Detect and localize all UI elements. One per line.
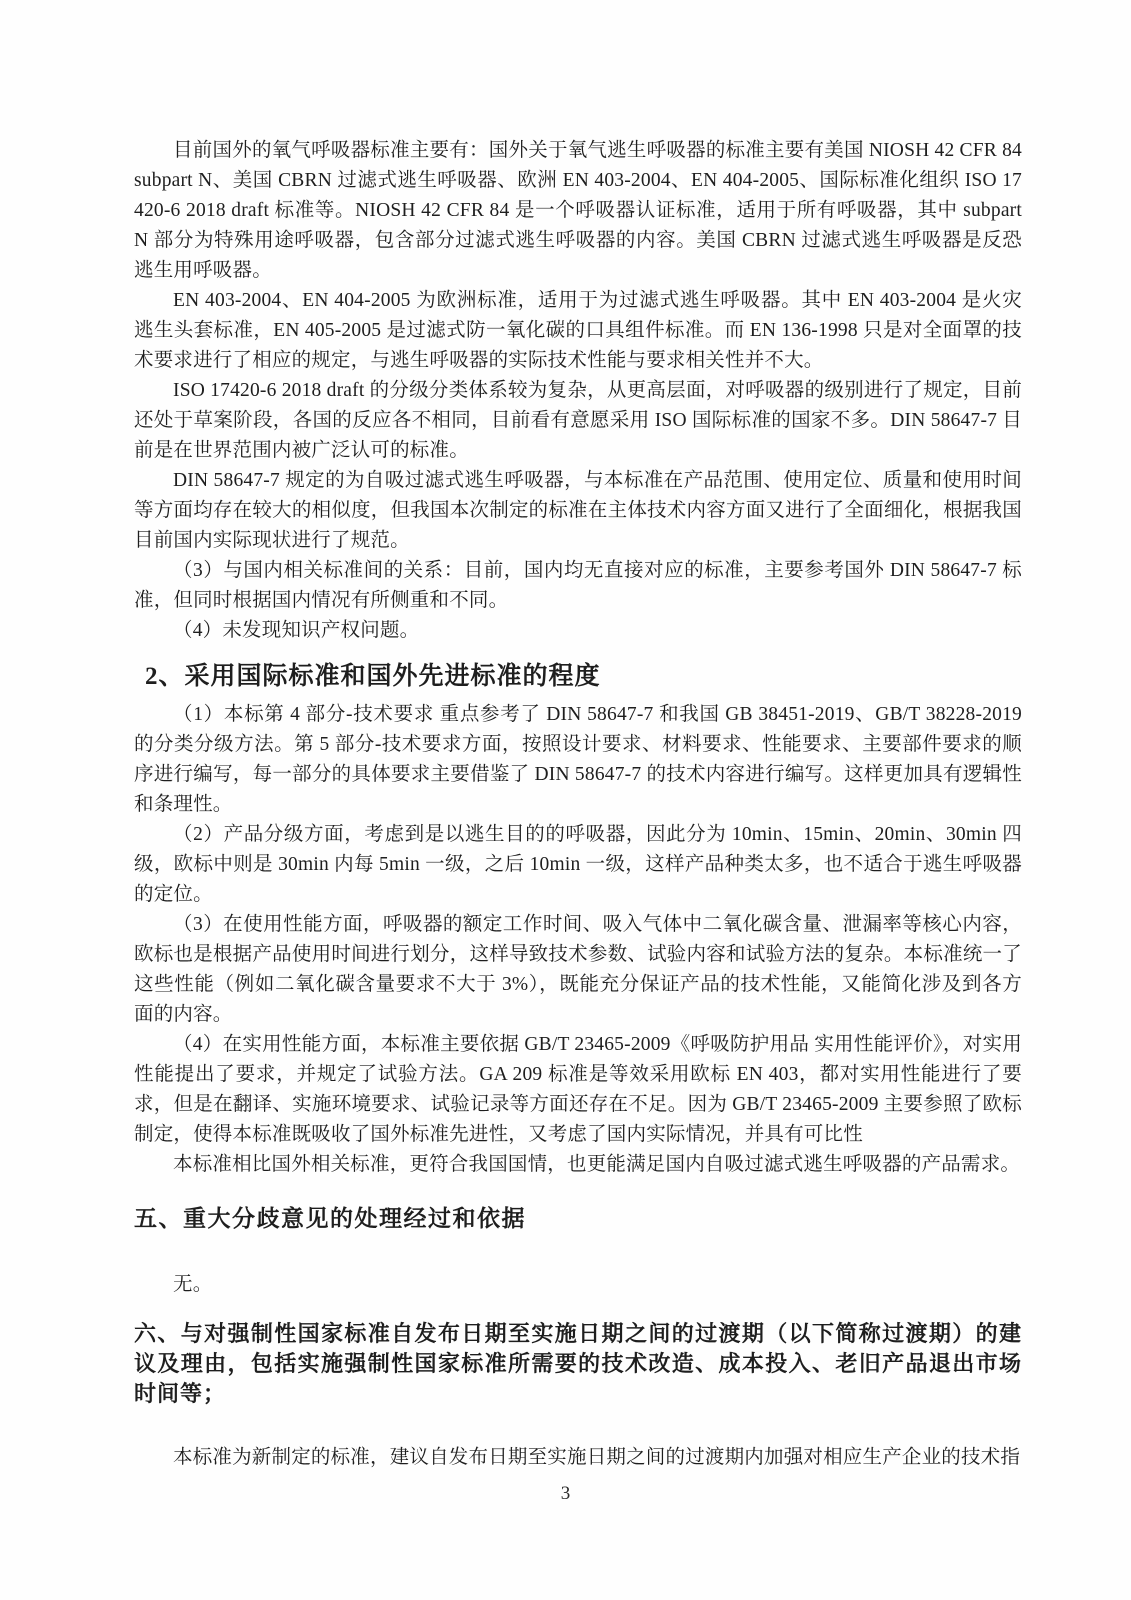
para-iso-draft: ISO 17420-6 2018 draft 的分级分类体系较为复杂，从更高层面… [134,376,1022,466]
para-domestic-standards-relation: （3）与国内相关标准间的关系：目前，国内均无直接对应的标准，主要参考国外 DIN… [134,556,1022,616]
heading-section-five-disputes: 五、重大分歧意见的处理经过和依据 [134,1200,1022,1236]
para-adoption-classification: （1）本标第 4 部分-技术要求 重点参考了 DIN 58647-7 和我国 G… [134,700,1022,820]
heading-section-six-transition-period: 六、与对强制性国家标准自发布日期至实施日期之间的过渡期（以下简称过渡期）的建议及… [134,1319,1022,1409]
para-adoption-practical: （4）在实用性能方面，本标准主要依据 GB/T 23465-2009《呼吸防护用… [134,1030,1022,1150]
para-comparison-conclusion: 本标准相比国外相关标准，更符合我国国情，也更能满足国内自吸过滤式逃生呼吸器的产品… [134,1150,1022,1180]
para-foreign-standards-overview: 目前国外的氧气呼吸器标准主要有：国外关于氧气逃生呼吸器的标准主要有美国 NIOS… [134,136,1022,286]
heading-international-standards-adoption: 2、采用国际标准和国外先进标准的程度 [134,654,1022,700]
para-european-standards: EN 403-2004、EN 404-2005 为欧洲标准，适用于为过滤式逃生呼… [134,286,1022,376]
page-number: 3 [0,1482,1131,1506]
document-page: 目前国外的氧气呼吸器标准主要有：国外关于氧气逃生呼吸器的标准主要有美国 NIOS… [0,0,1131,1600]
para-adoption-grading: （2）产品分级方面，考虑到是以逃生目的的呼吸器，因此分为 10min、15min… [134,820,1022,910]
para-transition-recommendation: 本标准为新制定的标准，建议自发布日期至实施日期之间的过渡期内加强对相应生产企业的… [134,1443,1022,1473]
document-content: 目前国外的氧气呼吸器标准主要有：国外关于氧气逃生呼吸器的标准主要有美国 NIOS… [134,136,1022,1473]
para-adoption-performance: （3）在使用性能方面，呼吸器的额定工作时间、吸入气体中二氧化碳含量、泄漏率等核心… [134,910,1022,1030]
para-din-standard: DIN 58647-7 规定的为自吸过滤式逃生呼吸器，与本标准在产品范围、使用定… [134,466,1022,556]
para-no-disputes: 无。 [134,1270,1022,1300]
para-intellectual-property: （4）未发现知识产权问题。 [134,616,1022,646]
